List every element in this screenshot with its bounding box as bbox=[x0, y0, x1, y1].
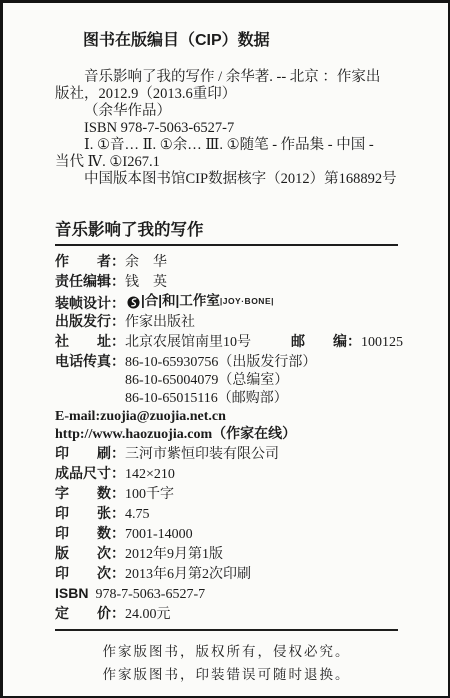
row-colon: ： bbox=[111, 444, 125, 462]
colophon-row: 印 刷：三河市紫恒印装有限公司 bbox=[55, 444, 398, 464]
row-colon: ： bbox=[111, 604, 125, 622]
row-value: 100千字 bbox=[125, 486, 174, 504]
cip-series-note: （余华作品） bbox=[55, 103, 398, 120]
row-value: 86-10-65004079（总编室） bbox=[125, 372, 288, 390]
colophon-row: 86-10-65004079（总编室） bbox=[55, 372, 398, 390]
copyright-notice: 作家版图书，版权所有，侵权必究。 bbox=[55, 640, 398, 663]
book-copyright-page: 图书在版编目（CIP）数据 音乐影响了我的写作 / 余华著. -- 北京 ：作家… bbox=[0, 0, 450, 698]
row-value: E-mail:zuojia@zuojia.net.cn bbox=[55, 408, 226, 426]
cip-description-line: 音乐影响了我的写作 / 余华著. -- 北京 ：作家出 bbox=[55, 69, 398, 86]
row-label: 版 次 bbox=[55, 544, 111, 562]
colophon-row: 成品尺寸：142×210 bbox=[55, 464, 398, 484]
colophon-row: 86-10-65015116（邮购部） bbox=[55, 390, 398, 408]
row-colon: ： bbox=[111, 252, 125, 270]
colophon-row: 出版发行：作家出版社 bbox=[55, 312, 398, 332]
cip-description-line: 版社，2012.9（2013.6重印） bbox=[55, 86, 398, 103]
row-colon: ： bbox=[111, 524, 125, 542]
row-colon: ： bbox=[111, 504, 125, 522]
colophon-row: 版 次：2012年9月第1版 bbox=[55, 544, 398, 564]
colophon-row: 社 址：北京农展馆南里10号邮 编：100125 bbox=[55, 332, 398, 352]
row-label: 字 数 bbox=[55, 484, 111, 502]
row-extra-label: 邮 编 bbox=[291, 332, 347, 350]
row-label: 印 次 bbox=[55, 564, 111, 582]
cip-classification-line: 当代 Ⅳ. ①I267.1 bbox=[55, 154, 398, 171]
row-value: 钱 英 bbox=[125, 274, 167, 292]
row-value: 86-10-65015116（邮购部） bbox=[125, 390, 288, 408]
row-value: 余 华 bbox=[125, 254, 167, 272]
row-value: http://www.haozuojia.com（作家在线） bbox=[55, 426, 296, 444]
colophon-row: 印 张：4.75 bbox=[55, 504, 398, 524]
row-label: 印 张 bbox=[55, 504, 111, 522]
colophon-row: 印 数：7001-14000 bbox=[55, 524, 398, 544]
row-value: 978-7-5063-6527-7 bbox=[88, 586, 205, 604]
row-extra-value: 100125 bbox=[361, 334, 403, 352]
row-colon: ： bbox=[111, 332, 125, 350]
row-value: 2012年9月第1版 bbox=[125, 546, 223, 564]
row-label: 印 刷 bbox=[55, 444, 111, 462]
book-title: 音乐影响了我的写作 bbox=[55, 219, 398, 241]
row-value: 7001-14000 bbox=[125, 526, 193, 544]
row-value: 作家出版社 bbox=[125, 314, 195, 332]
colophon-row: 字 数：100千字 bbox=[55, 484, 398, 504]
studio-subtitle-text: |JOY·BONE| bbox=[220, 292, 274, 310]
colophon-rows: 作 者：余 华责任编辑：钱 英装帧设计：|合|和|工作室|JOY·BONE|出版… bbox=[55, 252, 398, 624]
colophon-row: 电话传真：86-10-65930756（出版发行部） bbox=[55, 352, 398, 372]
row-value: 86-10-65930756（出版发行部） bbox=[125, 354, 316, 372]
row-colon: ： bbox=[111, 294, 125, 312]
return-policy-notice: 作家版图书，印装错误可随时退换。 bbox=[55, 663, 398, 686]
row-colon: ： bbox=[111, 352, 125, 370]
row-colon: ： bbox=[111, 312, 125, 330]
row-label: 作 者 bbox=[55, 252, 111, 270]
footer-notices: 作家版图书，版权所有，侵权必究。 作家版图书，印装错误可随时退换。 bbox=[55, 640, 398, 686]
row-label: 定 价 bbox=[55, 604, 111, 622]
cip-record-line: 中国版本图书馆CIP数据核字（2012）第168892号 bbox=[55, 171, 398, 188]
colophon-row: ISBN 978-7-5063-6527-7 bbox=[55, 584, 398, 604]
cip-isbn-line: ISBN 978-7-5063-6527-7 bbox=[55, 120, 398, 137]
colophon-row: 作 者：余 华 bbox=[55, 252, 398, 272]
row-label: 责任编辑 bbox=[55, 272, 111, 290]
row-label: 印 数 bbox=[55, 524, 111, 542]
colophon-row: 装帧设计：|合|和|工作室|JOY·BONE| bbox=[55, 292, 398, 312]
cip-data-block: 音乐影响了我的写作 / 余华著. -- 北京 ：作家出 版社，2012.9（20… bbox=[55, 69, 398, 188]
row-label: 社 址 bbox=[55, 332, 111, 350]
row-label: 装帧设计 bbox=[55, 294, 111, 312]
colophon-row: E-mail:zuojia@zuojia.net.cn bbox=[55, 408, 398, 426]
row-extra-colon: ： bbox=[347, 332, 361, 350]
design-studio-logo: |合|和|工作室|JOY·BONE| bbox=[125, 292, 274, 310]
footer-divider bbox=[55, 629, 398, 631]
row-colon: ： bbox=[111, 544, 125, 562]
colophon-row: 责任编辑：钱 英 bbox=[55, 272, 398, 292]
row-value: 2013年6月第2次印刷 bbox=[125, 566, 251, 584]
cip-header: 图书在版编目（CIP）数据 bbox=[83, 31, 398, 51]
row-colon: ： bbox=[111, 272, 125, 290]
title-divider bbox=[55, 244, 398, 246]
colophon-row: http://www.haozuojia.com（作家在线） bbox=[55, 426, 398, 444]
row-label: 电话传真 bbox=[55, 352, 111, 370]
cip-classification-line: Ⅰ. ①音… Ⅱ. ①余… Ⅲ. ①随笔 - 作品集 - 中国 - bbox=[55, 137, 398, 154]
row-label: 出版发行 bbox=[55, 312, 111, 330]
colophon-row: 定 价：24.00元 bbox=[55, 604, 398, 624]
row-label: ISBN bbox=[55, 584, 88, 602]
colophon-row: 印 次：2013年6月第2次印刷 bbox=[55, 564, 398, 584]
row-colon: ： bbox=[111, 464, 125, 482]
row-value: 142×210 bbox=[125, 466, 175, 484]
joy-bone-circle-icon bbox=[127, 296, 140, 309]
row-label: 成品尺寸 bbox=[55, 464, 111, 482]
row-value: 三河市紫恒印装有限公司 bbox=[125, 446, 279, 464]
row-colon: ： bbox=[111, 484, 125, 502]
row-value: 4.75 bbox=[125, 506, 150, 524]
row-colon: ： bbox=[111, 564, 125, 582]
row-value: 24.00元 bbox=[125, 606, 171, 624]
row-value: 北京农展馆南里10号 bbox=[125, 334, 251, 352]
studio-name-text: |合|和|工作室 bbox=[141, 292, 220, 310]
